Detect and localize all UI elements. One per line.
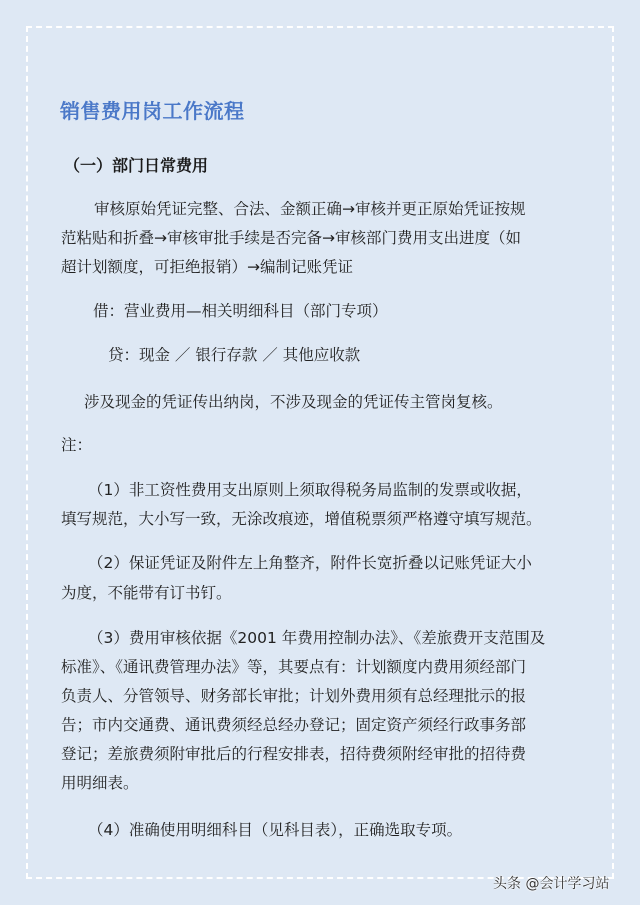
intro-line-1: 审核原始凭证完整、合法、金额正确→审核并更正原始凭证按规: [94, 199, 526, 219]
credit-entry: 贷：现金 ／ 银行存款 ／ 其他应收款: [108, 345, 360, 365]
note-3-line-4: 告；市内交通费、通讯费须经总经办登记；固定资产须经行政事务部: [61, 715, 526, 735]
note-2-line-2: 为度，不能带有订书钉。: [61, 583, 232, 603]
document-title: 销售费用岗工作流程: [60, 95, 245, 124]
note-3-line-2: 标准》、《通讯费管理办法》等，其要点有：计划额度内费用须经部门: [61, 657, 526, 677]
note-3-line-3: 负责人、分管领导、财务部长审批；计划外费用须有总经理批示的报: [61, 686, 526, 706]
note-1-line-1: （1）非工资性费用支出原则上须取得税务局监制的发票或收据，: [88, 480, 532, 500]
note-3-line-6: 用明细表。: [61, 773, 139, 793]
section-heading: （一）部门日常费用: [64, 153, 208, 176]
note-3-line-5: 登记；差旅费须附审批后的行程安排表，招待费须附经审批的招待费: [61, 744, 526, 764]
note-1-line-2: 填写规范，大小写一致，无涂改痕迹，增值税票须严格遵守填写规范。: [61, 509, 542, 529]
note-4-line-1: （4）准确使用明细科目（见科目表），正确选取专项。: [88, 820, 462, 840]
note-2-line-1: （2）保证凭证及附件左上角整齐，附件长宽折叠以记账凭证大小: [88, 553, 532, 573]
watermark: 头条 @会计学习站: [493, 873, 609, 893]
routing-text: 涉及现金的凭证传出纳岗，不涉及现金的凭证传主管岗复核。: [84, 392, 503, 412]
note-3-line-1: （3）费用审核依据《2001 年费用控制办法》、《差旅费开支范围及: [88, 628, 545, 648]
notes-label: 注：: [61, 435, 92, 455]
debit-entry: 借：营业费用—相关明细科目（部门专项）: [93, 301, 388, 321]
intro-line-2: 范粘贴和折叠→审核审批手续是否完备→审核部门费用支出进度（如: [61, 228, 521, 248]
intro-line-3: 超计划额度，可拒绝报销）→编制记账凭证: [61, 257, 353, 277]
